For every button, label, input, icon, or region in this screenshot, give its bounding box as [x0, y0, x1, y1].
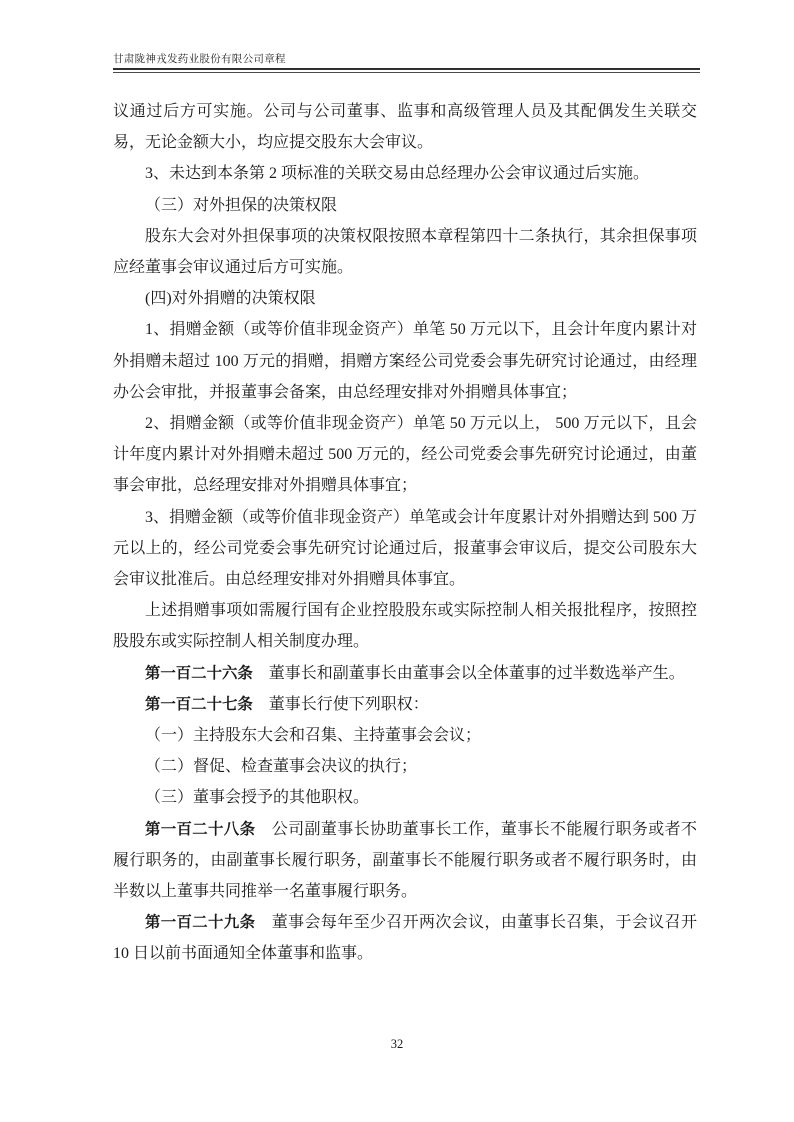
paragraph: （三）董事会授予的其他职权。	[113, 782, 697, 813]
paragraph: 议通过后方可实施。公司与公司董事、监事和高级管理人员及其配偶发生关联交易，无论金…	[113, 96, 697, 158]
paragraph: 第一百二十九条 董事会每年至少召开两次会议，由董事长召集，于会议召开 10 日以…	[113, 907, 697, 969]
paragraph: 股东大会对外担保事项的决策权限按照本章程第四十二条执行，其余担保事项应经董事会审…	[113, 221, 697, 283]
header-rule	[113, 68, 700, 73]
header-title: 甘肃陇神戎发药业股份有限公司章程	[113, 52, 700, 67]
paragraph: 1、捐赠金额（或等价值非现金资产）单笔 50 万元以下，且会计年度内累计对外捐赠…	[113, 314, 697, 408]
paragraph: （一）主持股东大会和召集、主持董事会会议；	[113, 720, 697, 751]
article-number: 第一百二十九条	[145, 914, 255, 931]
paragraph: （三）对外担保的决策权限	[113, 190, 697, 221]
paragraph: 3、未达到本条第 2 项标准的关联交易由总经理办公会审议通过后实施。	[113, 158, 697, 189]
page-header: 甘肃陇神戎发药业股份有限公司章程	[113, 52, 700, 73]
article-number: 第一百二十六条	[145, 665, 253, 682]
document-page: 甘肃陇神戎发药业股份有限公司章程 议通过后方可实施。公司与公司董事、监事和高级管…	[0, 0, 794, 1122]
paragraph: 2、捐赠金额（或等价值非现金资产）单笔 50 万元以上， 500 万元以下，且会…	[113, 408, 697, 502]
paragraph: (四)对外捐赠的决策权限	[113, 283, 697, 314]
paragraph: 上述捐赠事项如需履行国有企业控股股东或实际控制人相关报批程序，按照控股股东或实际…	[113, 595, 697, 657]
paragraph: 第一百二十七条 董事长行使下列职权：	[113, 689, 697, 720]
article-number: 第一百二十八条	[145, 821, 255, 838]
paragraph: （二）督促、检查董事会决议的执行；	[113, 751, 697, 782]
article-number: 第一百二十七条	[145, 696, 253, 713]
document-body: 议通过后方可实施。公司与公司董事、监事和高级管理人员及其配偶发生关联交易，无论金…	[113, 96, 697, 970]
paragraph: 第一百二十六条 董事长和副董事长由董事会以全体董事的过半数选举产生。	[113, 658, 697, 689]
page-footer: 32	[0, 1037, 794, 1052]
paragraph: 3、捐赠金额（或等价值非现金资产）单笔或会计年度累计对外捐赠达到 500 万元以…	[113, 502, 697, 596]
page-number: 32	[391, 1037, 404, 1051]
paragraph: 第一百二十八条 公司副董事长协助董事长工作，董事长不能履行职务或者不履行职务的，…	[113, 814, 697, 908]
